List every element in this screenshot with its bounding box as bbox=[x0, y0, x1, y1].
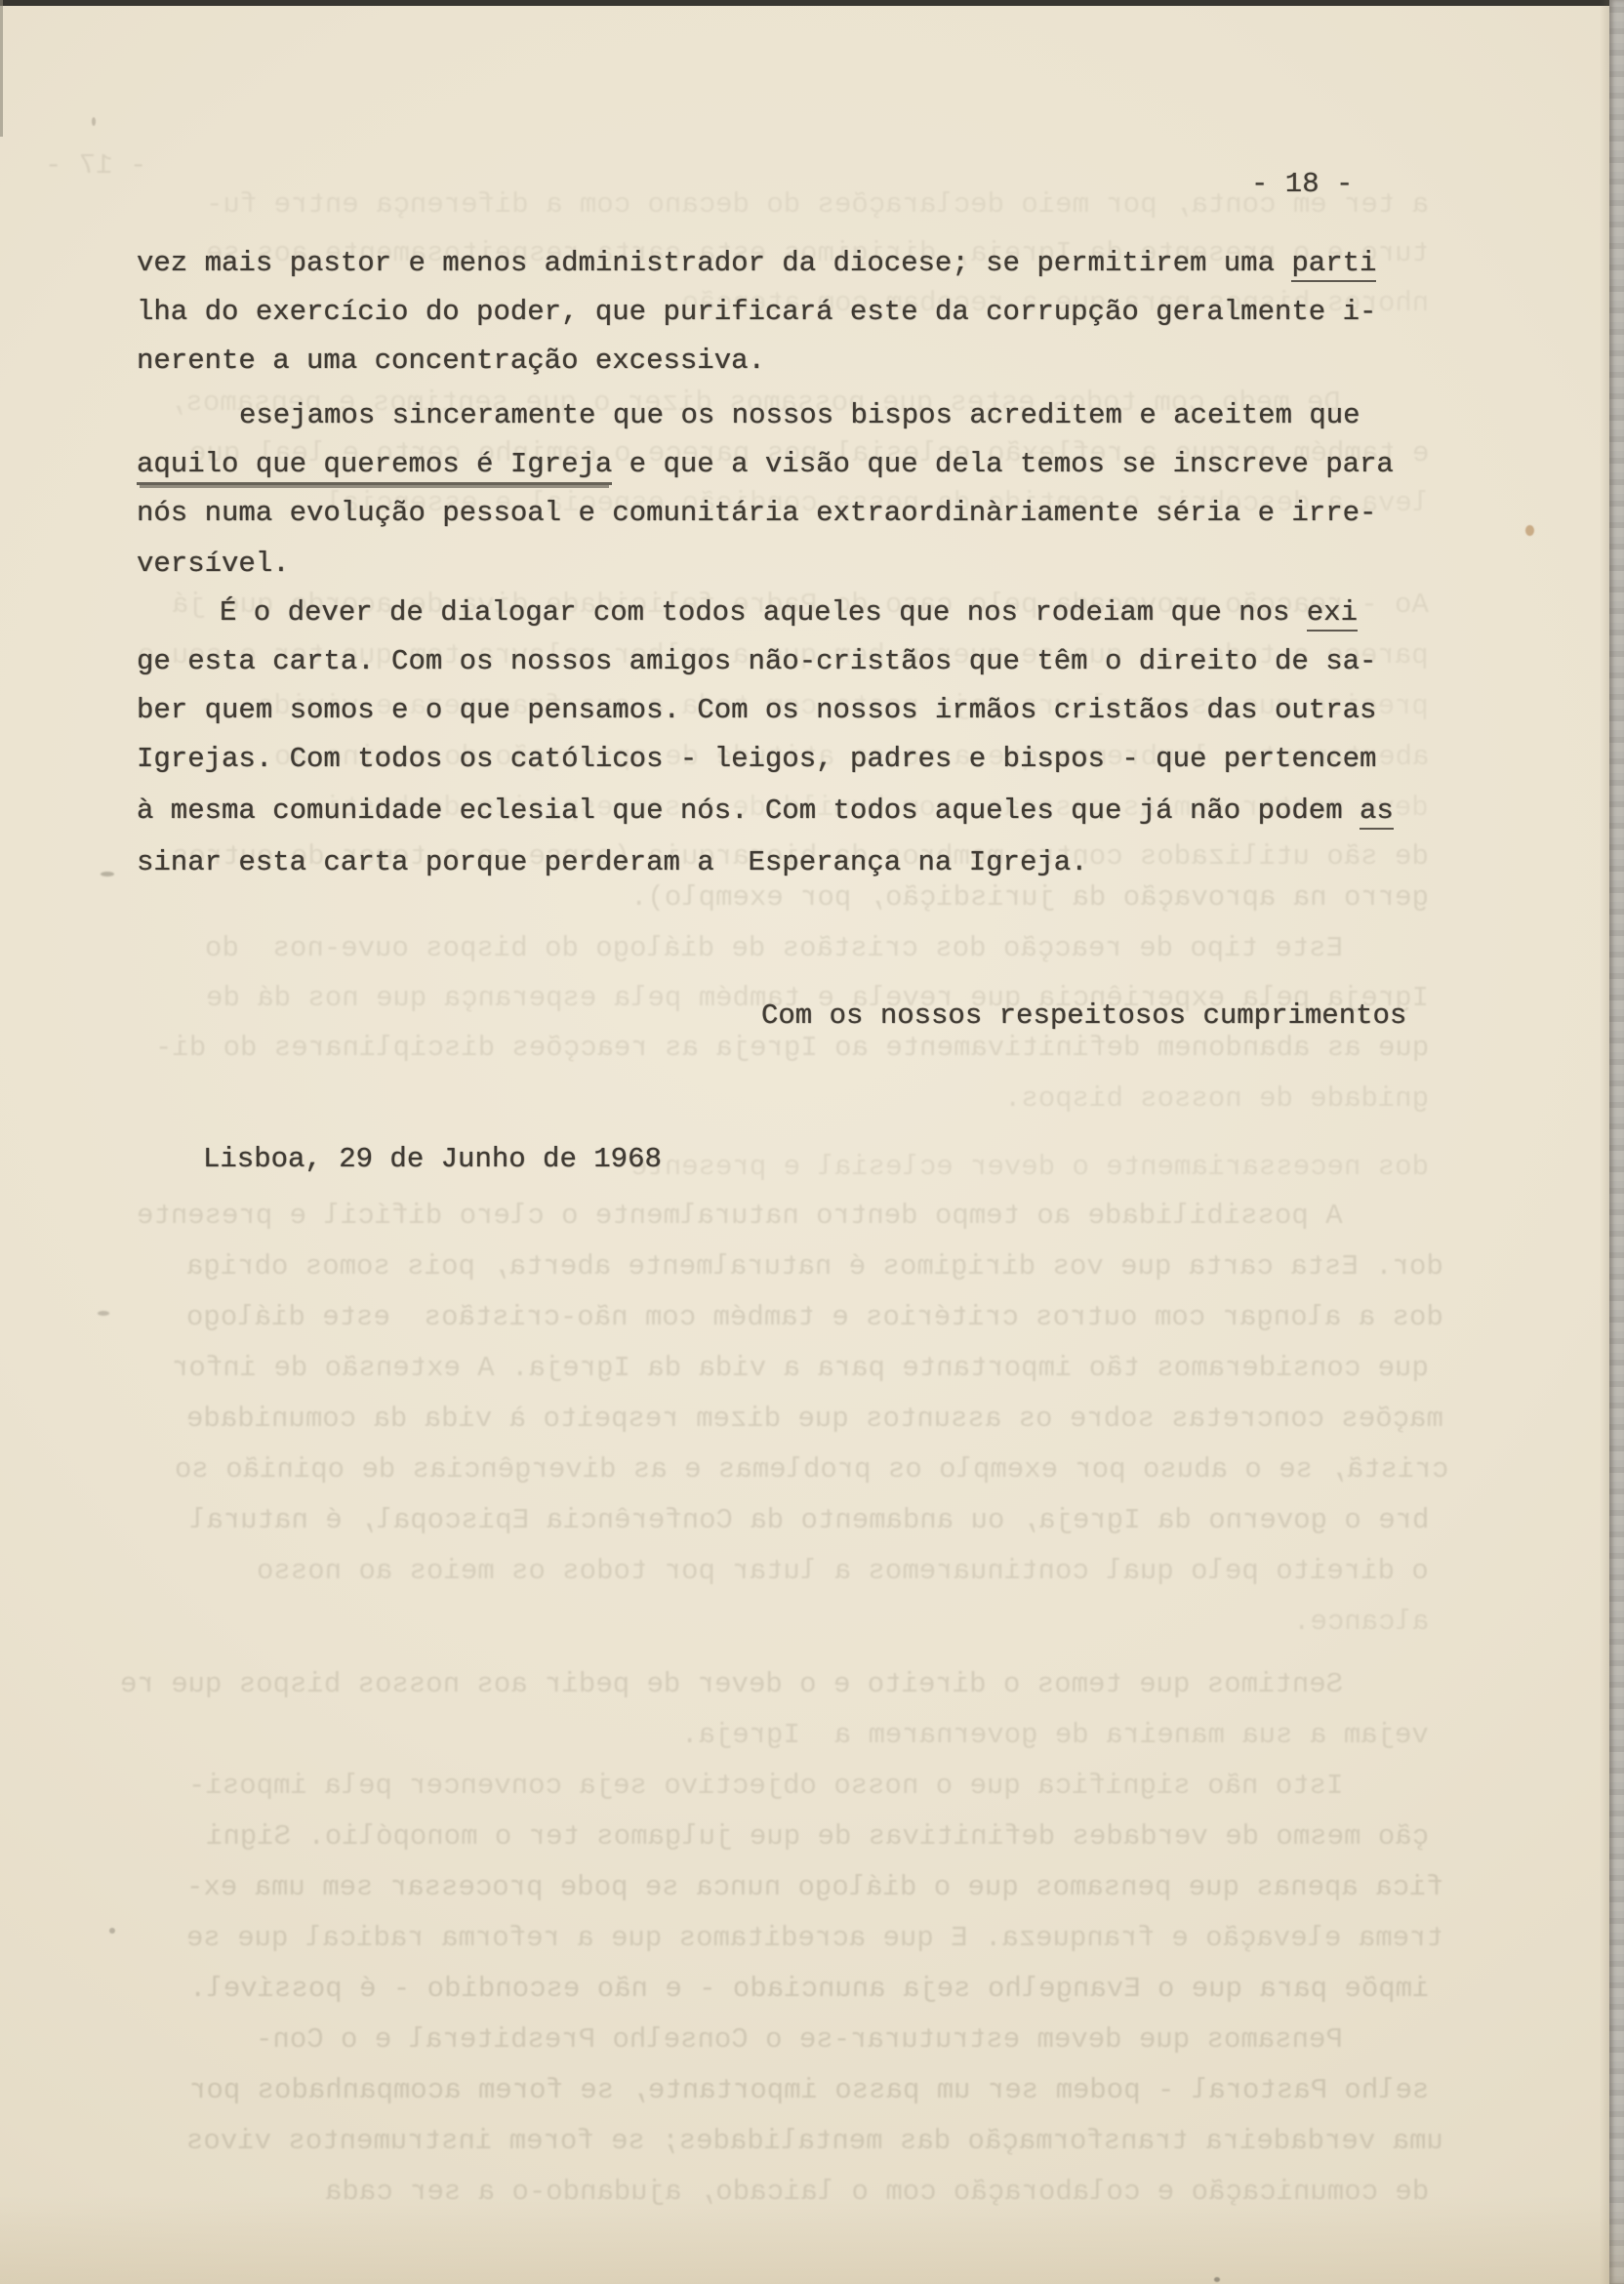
typewritten-line: ge esta carta. Com os nossos amigos não-… bbox=[137, 642, 1376, 681]
paper-speck bbox=[101, 872, 114, 877]
text-run: Com os nossos respeitosos cumprimentos bbox=[761, 999, 1406, 1032]
bleedthrough-line: a ter em conta, por meio declarações do … bbox=[206, 185, 1429, 224]
text-run: Lisboa, 29 de Junho de 1968 bbox=[203, 1143, 662, 1175]
bleedthrough-line: gnidade de nossos bispos. bbox=[1004, 1080, 1429, 1119]
scan-edge-top bbox=[0, 0, 1624, 6]
typewritten-line: lha do exercício do poder, que purificar… bbox=[137, 293, 1376, 332]
paper-speck bbox=[98, 1311, 109, 1316]
typewritten-line: à mesma comunidade eclesial que nós. Com… bbox=[137, 792, 1394, 831]
text-run: e que a visão que dela temos se inscreve… bbox=[612, 448, 1394, 480]
underlined-text: as bbox=[1360, 795, 1394, 830]
text-run: vez mais pastor e menos administrador da… bbox=[137, 247, 1291, 279]
text-run: É o dever de dialogar com todos aqueles … bbox=[220, 596, 1307, 629]
text-run: sinar esta carta porque perderam a Esper… bbox=[137, 846, 1088, 878]
bleedthrough-line: alcance. bbox=[1293, 1603, 1429, 1642]
text-run: nós numa evolução pessoal e comunitária … bbox=[137, 497, 1376, 529]
paper-speck bbox=[1525, 525, 1534, 536]
scan-edge-left bbox=[0, 0, 3, 137]
bleedthrough-line: Pensamos que devem estruturar-se o Conse… bbox=[256, 2020, 1343, 2060]
date-line: Lisboa, 29 de Junho de 1968 bbox=[203, 1140, 662, 1179]
text-run: esejamos sinceramente que os nossos bisp… bbox=[239, 399, 1360, 431]
text-run: versível. bbox=[137, 548, 290, 580]
scanned-document-page: - 17 -a ter em conta, por meio declaraçõ… bbox=[0, 0, 1624, 2284]
paper-speck bbox=[92, 117, 96, 126]
bleedthrough-line: uma verdadeira transformação das mentali… bbox=[186, 2122, 1443, 2161]
closing-line: Com os nossos respeitosos cumprimentos bbox=[761, 997, 1406, 1036]
bleedthrough-line: bre o governo da Igreja, ou andamento da… bbox=[189, 1501, 1429, 1540]
page-edge-shadow bbox=[1600, 0, 1609, 2284]
underlined-text: exi bbox=[1307, 596, 1358, 632]
typewritten-line: esejamos sinceramente que os nossos bisp… bbox=[239, 396, 1360, 435]
bleedthrough-line: o direito pelo qual continuaremos a luta… bbox=[257, 1552, 1429, 1591]
bleedthrough-line: Isto não significa que o nosso objectivo… bbox=[188, 1767, 1343, 1806]
typewritten-line: É o dever de dialogar com todos aqueles … bbox=[220, 593, 1358, 632]
bleedthrough-line: que consideramos tão importante para a v… bbox=[172, 1349, 1429, 1388]
bleedthrough-line: dos necessariamente o dever eclesial e p… bbox=[630, 1148, 1429, 1187]
page-number: - 18 - bbox=[1251, 168, 1353, 200]
text-run: lha do exercício do poder, que purificar… bbox=[137, 296, 1376, 328]
bleedthrough-line: gerro na aprovação da jurisdição, por ex… bbox=[630, 878, 1429, 918]
bleedthrough-line: cristã, se o abuso por exemplo os proble… bbox=[175, 1450, 1448, 1489]
bleedthrough-line: Este tipo de reacção dos cristãos de diá… bbox=[205, 929, 1343, 968]
paper-speck bbox=[109, 1928, 115, 1934]
bleedthrough-line: A possibilidade ao tempo dentro naturalm… bbox=[137, 1197, 1343, 1236]
bleedthrough-line: fica apenas que pensamos que o diálogo n… bbox=[186, 1868, 1443, 1907]
underlined-text: aquilo que queremos é Igreja bbox=[137, 448, 612, 485]
typewritten-line: sinar esta carta porque perderam a Esper… bbox=[137, 843, 1088, 882]
bleedthrough-line: vejam a sua maneira de governarem a Igre… bbox=[681, 1716, 1429, 1755]
text-run: ber quem somos e o que pensamos. Com os … bbox=[137, 694, 1376, 726]
bleedthrough-line: dor. Esta carta que vos dirigimos é natu… bbox=[186, 1247, 1443, 1286]
typewritten-line: nerente a uma concentração excessiva. bbox=[137, 342, 765, 381]
bleedthrough-line: trema elevação e franqueza. E que acredi… bbox=[186, 1919, 1443, 1958]
typewritten-line: nós numa evolução pessoal e comunitária … bbox=[137, 494, 1376, 533]
bleedthrough-line: ção mesmo de verdades definitivas de que… bbox=[206, 1817, 1429, 1856]
bleedthrough-line: Sentimos que temos o direito e o dever d… bbox=[120, 1665, 1343, 1704]
bleedthrough-line: selho Pastoral - podem ser um passo impo… bbox=[189, 2071, 1429, 2110]
paper-speck bbox=[1214, 2277, 1220, 2282]
typewritten-line: Igrejas. Com todos os católicos - leigos… bbox=[137, 740, 1376, 779]
text-run: à mesma comunidade eclesial que nós. Com… bbox=[137, 795, 1360, 827]
typewritten-line: aquilo que queremos é Igreja e que a vis… bbox=[137, 445, 1394, 484]
bleedthrough-line: dos a alongar com outros critérios e tam… bbox=[186, 1298, 1443, 1337]
typewritten-line: vez mais pastor e menos administrador da… bbox=[137, 244, 1376, 283]
typewritten-line: versível. bbox=[137, 545, 290, 584]
text-run: nerente a uma concentração excessiva. bbox=[137, 345, 765, 377]
typewritten-line: ber quem somos e o que pensamos. Com os … bbox=[137, 691, 1376, 730]
text-run: Igrejas. Com todos os católicos - leigos… bbox=[137, 743, 1376, 775]
scan-edge-right bbox=[1609, 0, 1624, 2284]
underlined-text: parti bbox=[1291, 247, 1376, 282]
page-bottom-shading bbox=[0, 2196, 1624, 2284]
bleedthrough-line: mações concretas sobre os assuntos que d… bbox=[186, 1400, 1443, 1439]
bleedthrough-line: impõe para que o Evangelho seja anunciad… bbox=[189, 1970, 1429, 2009]
bleedthrough-line: - 17 - bbox=[45, 146, 146, 185]
text-run: ge esta carta. Com os nossos amigos não-… bbox=[137, 645, 1376, 677]
